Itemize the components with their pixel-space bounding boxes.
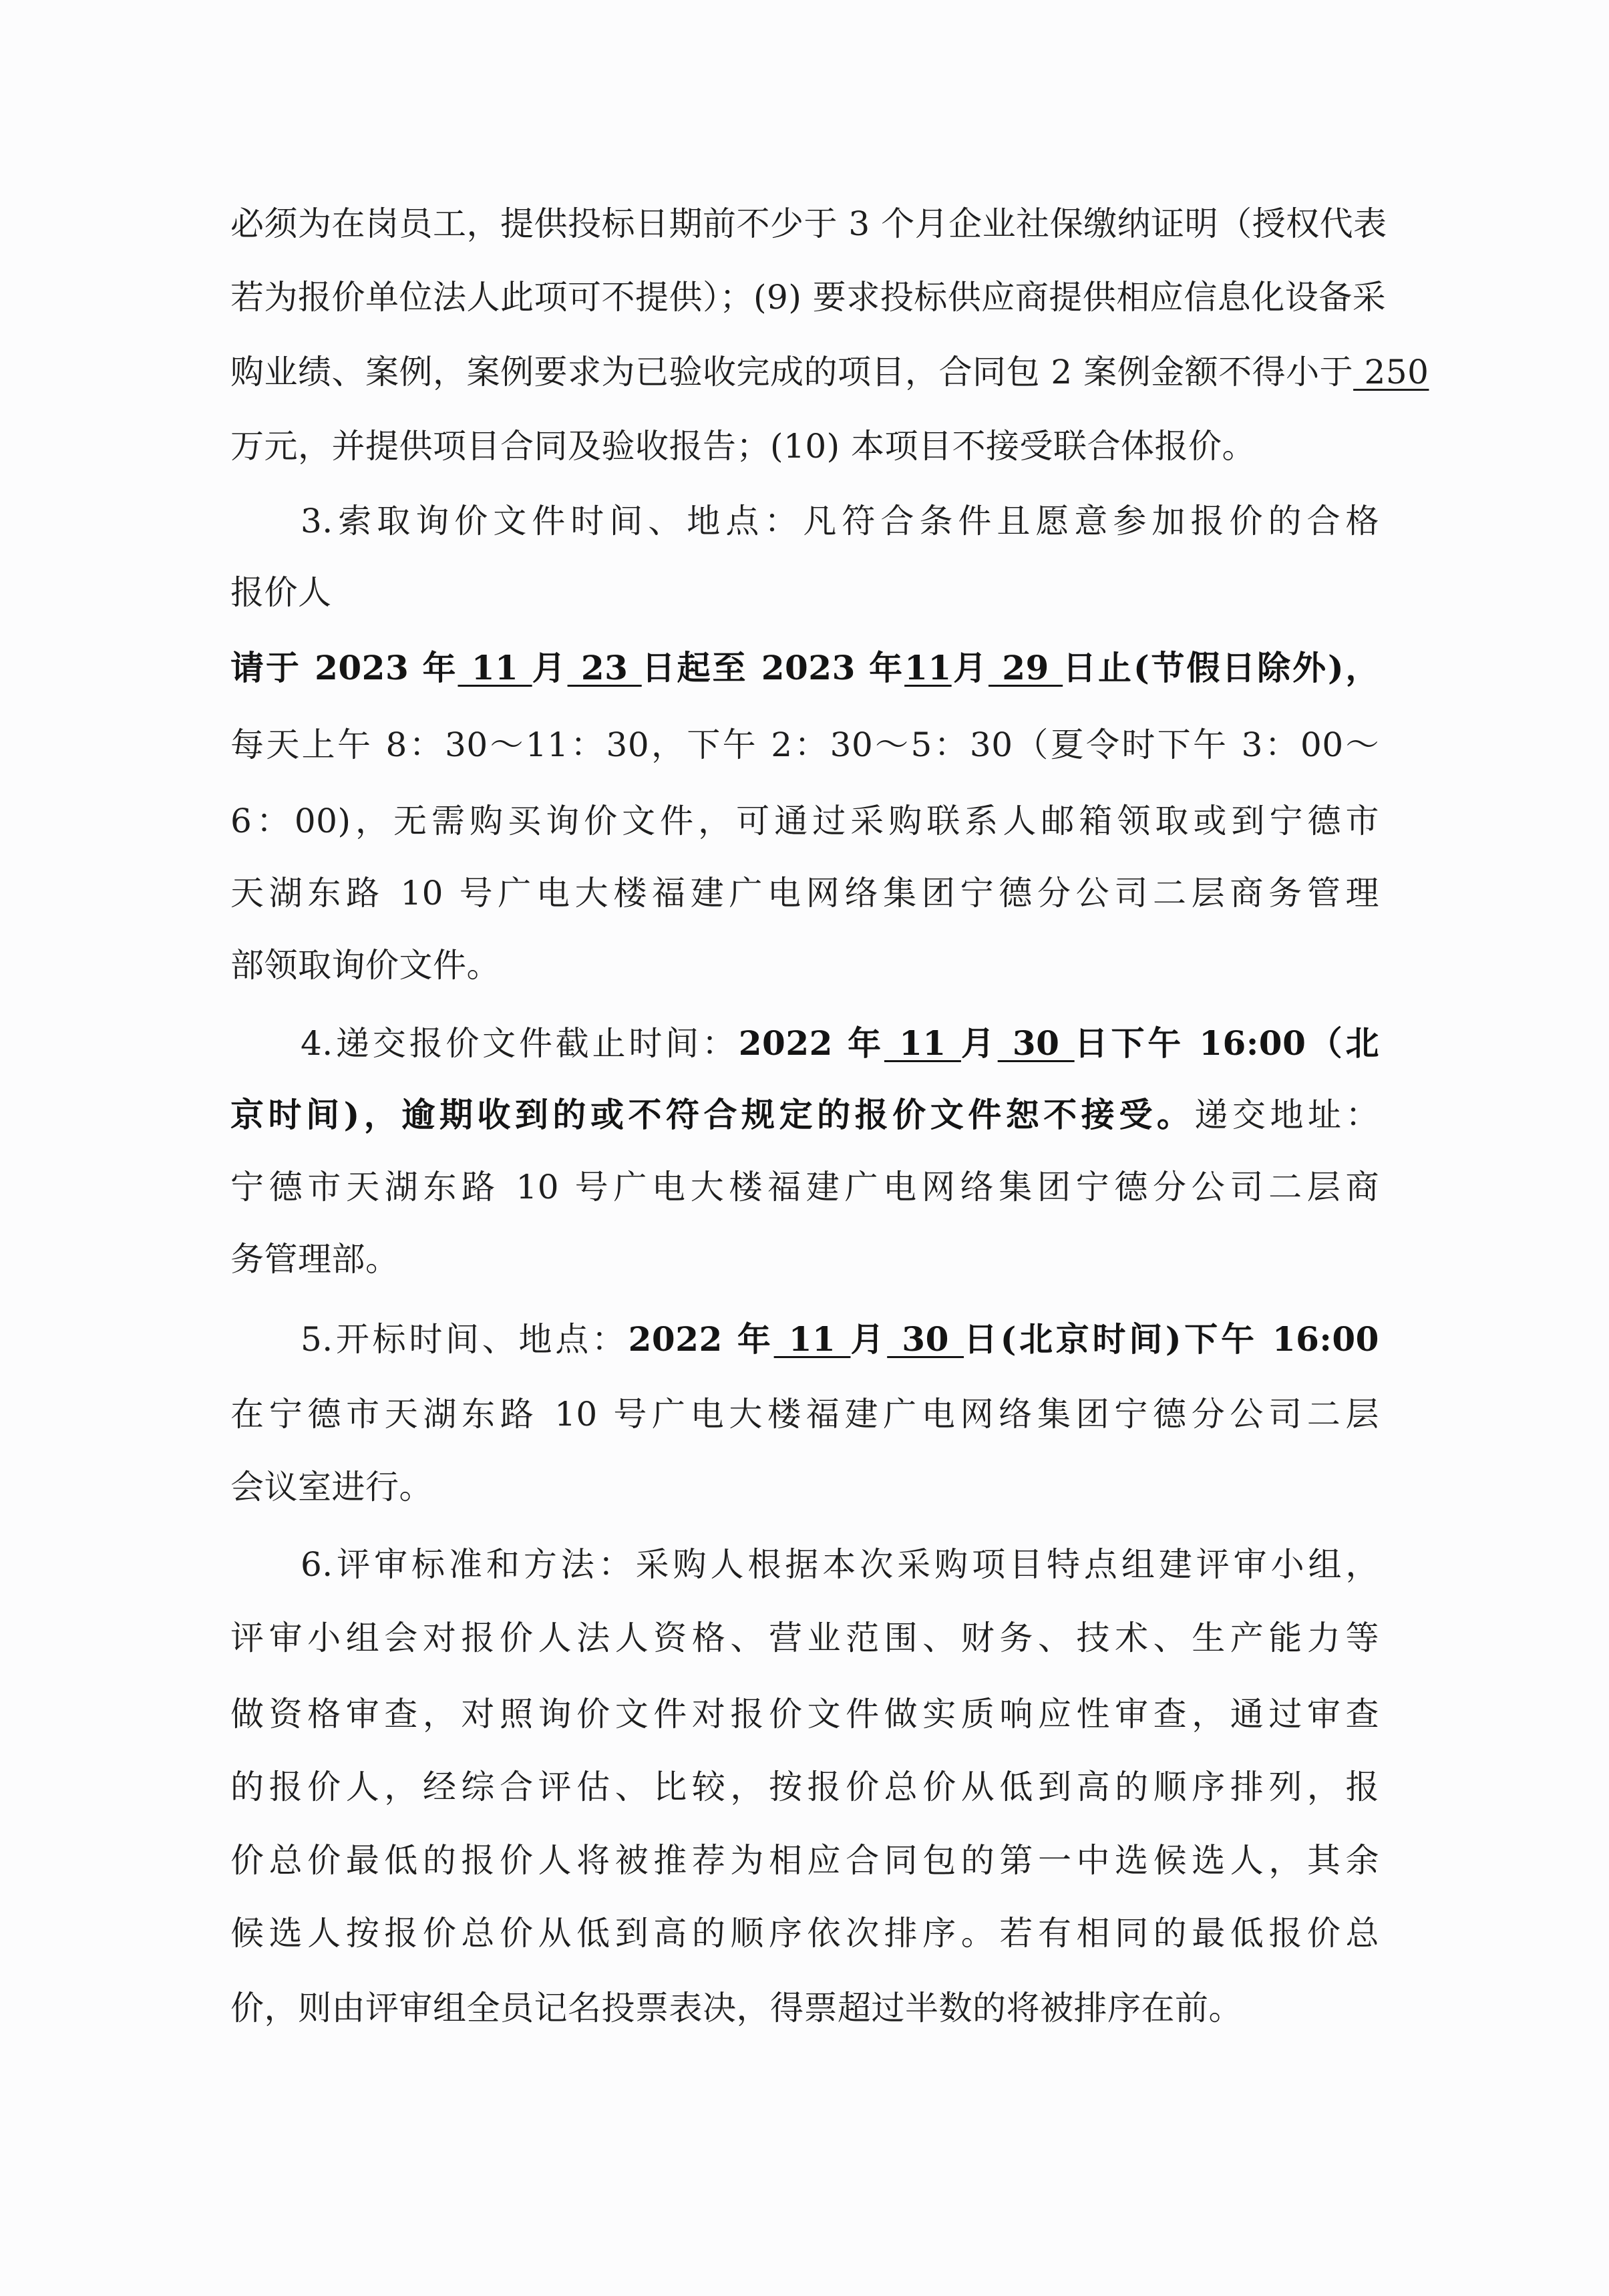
text-segment: 月: [952, 648, 989, 687]
text-segment: 务管理部。: [230, 1240, 399, 1279]
text-line: 万元，并提供项目合同及验收报告；(10) 本项目不接受联合体报价。: [230, 423, 1379, 470]
underlined-value: 11: [458, 648, 532, 687]
text-segment: 6.评审标准和方法：采购人根据本次采购项目特点组建评审小组，: [301, 1545, 1379, 1584]
text-line: 宁德市天湖东路 10 号广电大楼福建广电网络集团宁德分公司二层商: [230, 1164, 1379, 1210]
text-segment: 月: [850, 1319, 887, 1359]
text-segment: 做资格审查，对照询价文件对报价文件做实质响应性审查，通过审查: [230, 1695, 1379, 1734]
text-line: 必须为在岗员工，提供投标日期前不少于 3 个月企业社保缴纳证明（授权代表: [230, 200, 1379, 247]
text-line: 4.递交报价文件截止时间：2022 年 11 月 30 日下午 16:00（北: [301, 1020, 1379, 1067]
text-segment: 日下午 16:00（北: [1075, 1023, 1379, 1063]
text-segment: 在宁德市天湖东路 10 号广电大楼福建广电网络集团宁德分公司二层: [230, 1395, 1379, 1434]
text-line: 务管理部。: [230, 1236, 1379, 1283]
text-segment: 月: [532, 648, 568, 687]
text-line: 候选人按报价总价从低到高的顺序依次排序。若有相同的最低报价总: [230, 1910, 1379, 1957]
text-line: 天湖东路 10 号广电大楼福建广电网络集团宁德分公司二层商务管理: [230, 870, 1379, 917]
text-segment: 2022 年: [739, 1023, 884, 1063]
text-segment: 4.递交报价文件截止时间：: [301, 1024, 739, 1063]
text-line: 的报价人，经综合评估、比较，按报价总价从低到高的顺序排列，报: [230, 1764, 1379, 1810]
text-segment: 月: [961, 1023, 998, 1063]
text-line: 3.索取询价文件时间、地点：凡符合条件且愿意参加报价的合格: [301, 498, 1379, 544]
text-segment: 5.开标时间、地点：: [301, 1320, 629, 1359]
text-segment: 必须为在岗员工，提供投标日期前不少于 3 个月企业社保缴纳证明（授权代表: [230, 204, 1387, 243]
underlined-value: 11: [904, 648, 952, 687]
text-line: 部领取询价文件。: [230, 942, 1379, 989]
text-line: 5.开标时间、地点：2022 年 11 月 30 日(北京时间)下午 16:00: [301, 1316, 1379, 1363]
text-segment: 递交地址：: [1194, 1096, 1379, 1134]
text-line: 在宁德市天湖东路 10 号广电大楼福建广电网络集团宁德分公司二层: [230, 1391, 1379, 1438]
text-segment: 万元，并提供项目合同及验收报告；(10) 本项目不接受联合体报价。: [230, 427, 1256, 466]
text-line: 每天上午 8：30～11：30，下午 2：30～5：30（夏令时下午 3：00～: [230, 721, 1379, 768]
text-line: 会议室进行。: [230, 1464, 1379, 1510]
underlined-value: 30: [887, 1319, 964, 1359]
document-page: 必须为在岗员工，提供投标日期前不少于 3 个月企业社保缴纳证明（授权代表若为报价…: [0, 0, 1609, 2296]
text-segment: 宁德市天湖东路 10 号广电大楼福建广电网络集团宁德分公司二层商: [230, 1168, 1379, 1206]
text-segment: 天湖东路 10 号广电大楼福建广电网络集团宁德分公司二层商务管理: [230, 874, 1379, 913]
text-segment: 日起至 2023 年: [642, 648, 904, 687]
underlined-value: 30: [998, 1023, 1075, 1063]
text-line: 评审小组会对报价人法人资格、营业范围、财务、技术、生产能力等: [230, 1615, 1379, 1661]
text-line: 6：00)，无需购买询价文件，可通过采购联系人邮箱领取或到宁德市: [230, 798, 1379, 844]
text-line: 价，则由评审组全员记名投票表决，得票超过半数的将被排序在前。: [230, 1985, 1379, 2031]
text-line: 京时间)，逾期收到的或不符合规定的报价文件恕不接受。递交地址：: [230, 1092, 1379, 1138]
text-segment: 每天上午 8：30～11：30，下午 2：30～5：30（夏令时下午 3：00～: [230, 725, 1379, 764]
text-line: 报价人: [230, 569, 1379, 616]
text-segment: 日止(节假日除外)，: [1063, 648, 1379, 687]
text-line: 6.评审标准和方法：采购人根据本次采购项目特点组建评审小组，: [301, 1541, 1379, 1588]
text-segment: 日(北京时间)下午 16:00: [964, 1319, 1379, 1359]
text-segment: 会议室进行。: [230, 1468, 433, 1506]
text-segment: 若为报价单位法人此项可不提供）；(9) 要求投标供应商提供相应信息化设备采: [230, 278, 1386, 317]
text-segment: 价，则由评审组全员记名投票表决，得票超过半数的将被排序在前。: [230, 1989, 1242, 2027]
underlined-value: 11: [774, 1319, 851, 1359]
text-line: 做资格审查，对照询价文件对报价文件做实质响应性审查，通过审查: [230, 1691, 1379, 1738]
text-segment: 请于 2023 年: [230, 648, 458, 687]
text-line: 购业绩、案例，案例要求为已验收完成的项目，合同包 2 案例金额不得小于 250: [230, 349, 1379, 395]
underlined-value: 29: [989, 648, 1063, 687]
text-segment: 价总价最低的报价人将被推荐为相应合同包的第一中选候选人，其余: [230, 1841, 1379, 1880]
text-segment: 2022 年: [629, 1319, 774, 1359]
text-segment: 候选人按报价总价从低到高的顺序依次排序。若有相同的最低报价总: [230, 1914, 1379, 1953]
text-segment: 的报价人，经综合评估、比较，按报价总价从低到高的顺序排列，报: [230, 1768, 1379, 1806]
text-segment: 6：00)，无需购买询价文件，可通过采购联系人邮箱领取或到宁德市: [230, 802, 1379, 840]
underlined-value: 11: [884, 1023, 961, 1063]
text-line: 若为报价单位法人此项可不提供）；(9) 要求投标供应商提供相应信息化设备采: [230, 274, 1379, 321]
text-segment: 报价人: [230, 573, 332, 612]
underlined-value: 23: [568, 648, 642, 687]
text-segment: 3.索取询价文件时间、地点：凡符合条件且愿意参加报价的合格: [301, 502, 1379, 540]
text-line: 请于 2023 年 11 月 23 日起至 2023 年11月 29 日止(节假…: [230, 645, 1379, 691]
text-segment: 京时间)，逾期收到的或不符合规定的报价文件恕不接受。: [230, 1095, 1194, 1134]
text-line: 价总价最低的报价人将被推荐为相应合同包的第一中选候选人，其余: [230, 1837, 1379, 1884]
text-segment: 购业绩、案例，案例要求为已验收完成的项目，合同包 2 案例金额不得小于: [230, 353, 1353, 391]
underlined-value: 250: [1353, 353, 1429, 391]
text-segment: 评审小组会对报价人法人资格、营业范围、财务、技术、生产能力等: [230, 1619, 1379, 1657]
text-segment: 部领取询价文件。: [230, 946, 500, 985]
